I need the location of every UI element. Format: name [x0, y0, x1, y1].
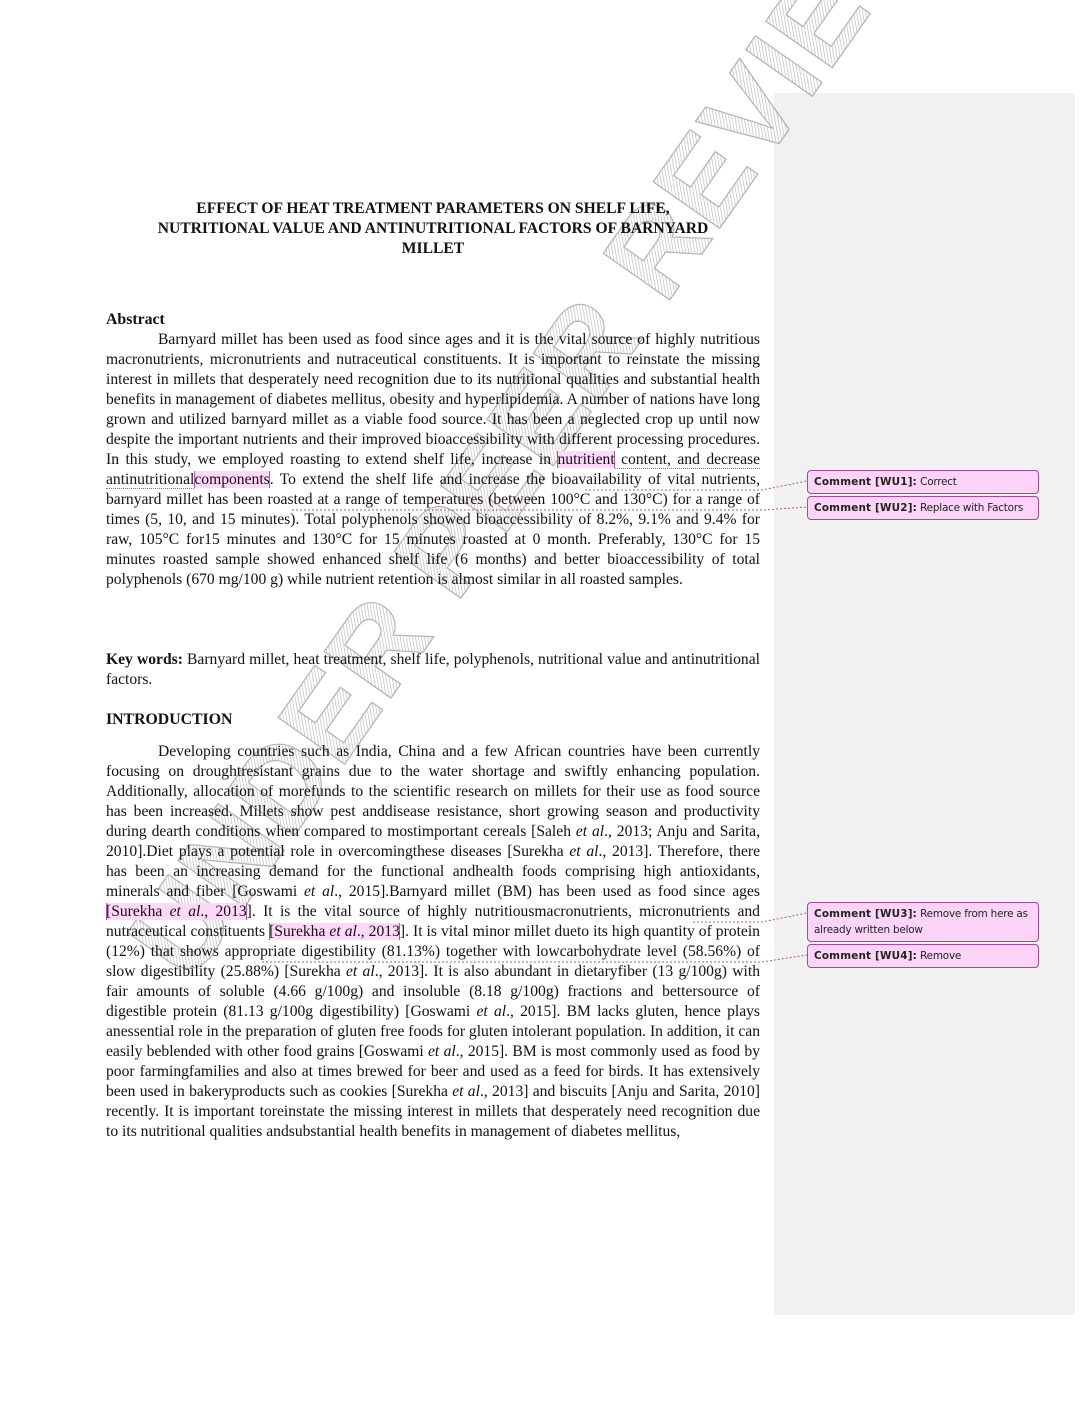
introduction-section: INTRODUCTION Developing countries such a… — [106, 710, 760, 1142]
comment-anchor-wu3[interactable]: [Surekha et al., 2013 — [106, 903, 247, 920]
introduction-heading: INTRODUCTION — [106, 710, 760, 730]
comment-anchor-wu1[interactable]: nutritient — [557, 451, 614, 468]
comment-label: Comment [WU3]: — [814, 908, 917, 920]
comment-wu3[interactable]: Comment [WU3]: Remove from here as alrea… — [807, 902, 1039, 942]
document-page: UNDER PEER REVIEW EFFECT OF HEAT TREATME… — [0, 0, 1088, 1408]
introduction-paragraph: Developing countries such as India, Chin… — [106, 742, 760, 1142]
title-line: MILLET — [106, 239, 760, 259]
comment-wu1[interactable]: Comment [WU1]: Correct — [807, 470, 1039, 494]
comment-text: Replace with Factors — [917, 502, 1023, 514]
comment-wu4[interactable]: Comment [WU4]: Remove — [807, 944, 1039, 968]
abstract-heading: Abstract — [106, 310, 760, 330]
title-line: EFFECT OF HEAT TREATMENT PARAMETERS ON S… — [106, 199, 760, 219]
comment-text: Correct — [917, 476, 957, 488]
comment-label: Comment [WU1]: — [814, 476, 917, 488]
comment-text: Remove — [917, 950, 961, 962]
comment-margin-pane — [774, 93, 1075, 1315]
comment-anchor-wu4[interactable]: [Surekha et al., 2013 — [269, 923, 400, 940]
abstract-paragraph: Barnyard millet has been used as food si… — [106, 330, 760, 590]
title-line: NUTRITIONAL VALUE AND ANTINUTRITIONAL FA… — [106, 219, 760, 239]
abstract-section: Abstract Barnyard millet has been used a… — [106, 310, 760, 590]
comment-wu2[interactable]: Comment [WU2]: Replace with Factors — [807, 496, 1039, 520]
comment-label: Comment [WU2]: — [814, 502, 917, 514]
keywords-section: Key words: Barnyard millet, heat treatme… — [106, 650, 760, 690]
comment-label: Comment [WU4]: — [814, 950, 917, 962]
comment-anchor-wu2[interactable]: components — [194, 471, 269, 488]
keywords-label: Key words: — [106, 651, 183, 668]
keywords-text: Barnyard millet, heat treatment, shelf l… — [106, 651, 760, 688]
paper-title: EFFECT OF HEAT TREATMENT PARAMETERS ON S… — [106, 199, 760, 259]
